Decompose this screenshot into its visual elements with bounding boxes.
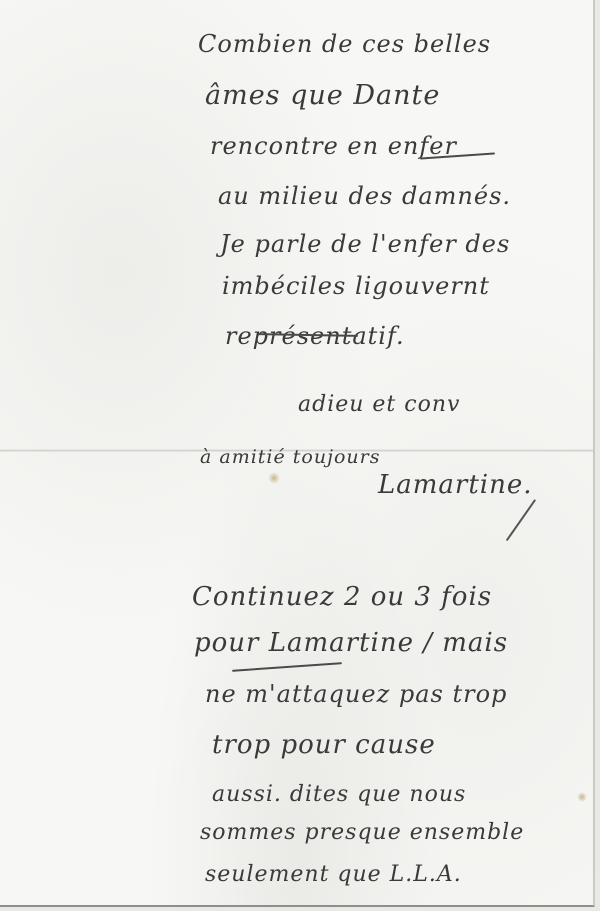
letter-line: âmes que Dante: [205, 80, 440, 111]
letter-line: rencontre en enfer: [210, 132, 457, 160]
postscript-line: ne m'attaquez pas trop: [205, 680, 507, 708]
letter-page: Combien de ces belles âmes que Dante ren…: [0, 0, 595, 907]
underline-stroke: [232, 662, 342, 671]
closing-line: adieu et conv: [298, 392, 460, 417]
signature: Lamartine.: [378, 470, 533, 500]
letter-line: imbéciles ligouvernt: [222, 272, 490, 300]
signature-flourish: [506, 499, 536, 541]
letter-line: Je parle de l'enfer des: [220, 230, 510, 258]
postscript-line: sommes presque ensemble: [200, 820, 524, 845]
postscript-line: Continuez 2 ou 3 fois: [192, 582, 492, 612]
postscript-line: pour Lamartine / mais: [194, 628, 508, 658]
letter-line: Combien de ces belles: [198, 30, 491, 58]
postscript-line: trop pour cause: [212, 730, 436, 760]
foxing-spot: [268, 472, 280, 484]
postscript-line: seulement que L.L.A.: [205, 862, 462, 887]
foxing-spot: [577, 792, 587, 802]
letter-line: représentatif.: [225, 322, 405, 350]
postscript-line: aussi. dites que nous: [212, 782, 466, 807]
closing-line: à amitié toujours: [200, 446, 381, 468]
letter-line: au milieu des damnés.: [218, 182, 511, 210]
